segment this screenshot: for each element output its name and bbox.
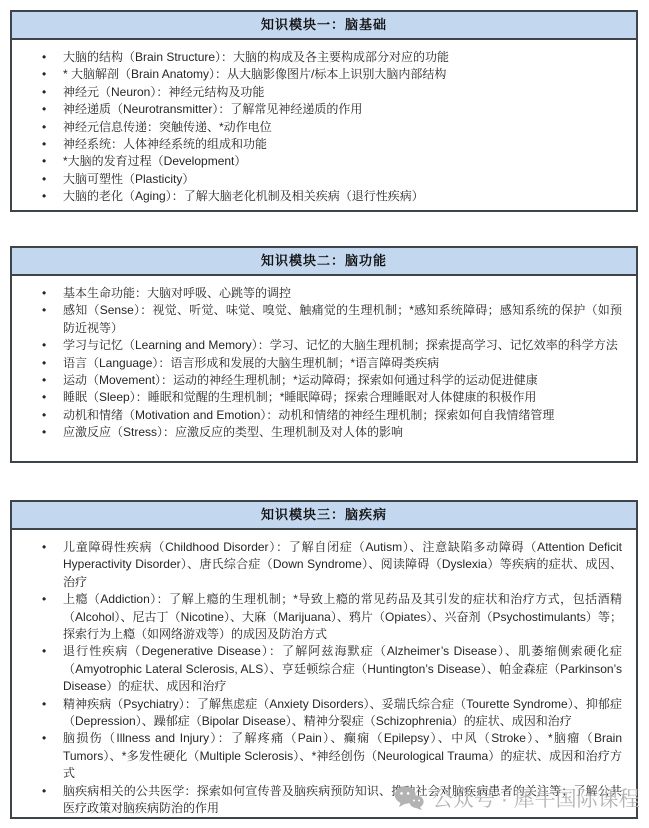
module-1-title: 知识模块一：脑基础 — [12, 12, 636, 40]
module-2-list: 基本生命功能：大脑对呼吸、心跳等的调控 感知（Sense）：视觉、听觉、味觉、嗅… — [12, 285, 628, 442]
list-item: 精神疾病（Psychiatry）：了解焦虑症（Anxiety Disorders… — [12, 696, 628, 731]
list-item: 神经递质（Neurotransmitter）：了解常见神经递质的作用 — [12, 101, 628, 118]
module-1-list: 大脑的结构（Brain Structure）：大脑的构成及各主要构成部分对应的功… — [12, 49, 628, 206]
module-3-list: 儿童障碍性疾病（Childhood Disorder）：了解自闭症（Autism… — [12, 539, 628, 818]
list-item: 大脑的老化（Aging）：了解大脑老化机制及相关疾病（退行性疾病） — [12, 188, 628, 205]
list-item: *大脑的发育过程（Development） — [12, 153, 628, 170]
module-1-body: 大脑的结构（Brain Structure）：大脑的构成及各主要构成部分对应的功… — [12, 40, 636, 206]
module-3-title: 知识模块三：脑疾病 — [12, 502, 636, 530]
list-item: 退行性疾病（Degenerative Disease）：了解阿兹海默症（Alzh… — [12, 643, 628, 695]
list-item: 神经元（Neuron）：神经元结构及功能 — [12, 84, 628, 101]
module-2-body: 基本生命功能：大脑对呼吸、心跳等的调控 感知（Sense）：视觉、听觉、味觉、嗅… — [12, 276, 636, 442]
watermark: 公众号 · 犀牛国际课程 — [394, 783, 640, 813]
list-item: 基本生命功能：大脑对呼吸、心跳等的调控 — [12, 285, 628, 302]
module-3-body: 儿童障碍性疾病（Childhood Disorder）：了解自闭症（Autism… — [12, 530, 636, 818]
list-item: 睡眠（Sleep）：睡眠和觉醒的生理机制；*睡眠障碍；探索合理睡眠对人体健康的积… — [12, 389, 628, 406]
module-2-title: 知识模块二：脑功能 — [12, 248, 636, 276]
list-item: 应激反应（Stress）：应激反应的类型、生理机制及对人体的影响 — [12, 424, 628, 441]
list-item: 上瘾（Addiction）：了解上瘾的生理机制；*导致上瘾的常见药品及其引发的症… — [12, 591, 628, 643]
list-item: 神经系统：人体神经系统的组成和功能 — [12, 136, 628, 153]
list-item: 学习与记忆（Learning and Memory）：学习、记忆的大脑生理机制；… — [12, 337, 628, 354]
document-page: 知识模块一：脑基础 大脑的结构（Brain Structure）：大脑的构成及各… — [0, 0, 649, 828]
wechat-icon — [394, 785, 424, 811]
module-3-box: 知识模块三：脑疾病 儿童障碍性疾病（Childhood Disorder）：了解… — [10, 500, 638, 819]
list-item: 大脑的结构（Brain Structure）：大脑的构成及各主要构成部分对应的功… — [12, 49, 628, 66]
list-item: 动机和情绪（Motivation and Emotion）：动机和情绪的神经生理… — [12, 407, 628, 424]
module-1-box: 知识模块一：脑基础 大脑的结构（Brain Structure）：大脑的构成及各… — [10, 10, 638, 212]
list-item: 运动（Movement）：运动的神经生理机制；*运动障碍；探索如何通过科学的运动… — [12, 372, 628, 389]
list-item: 大脑可塑性（Plasticity） — [12, 171, 628, 188]
list-item: 脑损伤（Illness and Injury）：了解疼痛（Pain）、癫痫（Ep… — [12, 730, 628, 782]
list-item: 神经元信息传递：突触传递、*动作电位 — [12, 119, 628, 136]
list-item: 感知（Sense）：视觉、听觉、味觉、嗅觉、触痛觉的生理机制；*感知系统障碍；感… — [12, 302, 628, 337]
list-item: * 大脑解剖（Brain Anatomy）：从大脑影像图片/标本上识别大脑内部结… — [12, 66, 628, 83]
list-item: 语言（Language）：语言形成和发展的大脑生理机制；*语言障碍类疾病 — [12, 355, 628, 372]
module-2-box: 知识模块二：脑功能 基本生命功能：大脑对呼吸、心跳等的调控 感知（Sense）：… — [10, 246, 638, 463]
watermark-text: 公众号 · 犀牛国际课程 — [432, 783, 640, 813]
list-item: 儿童障碍性疾病（Childhood Disorder）：了解自闭症（Autism… — [12, 539, 628, 591]
